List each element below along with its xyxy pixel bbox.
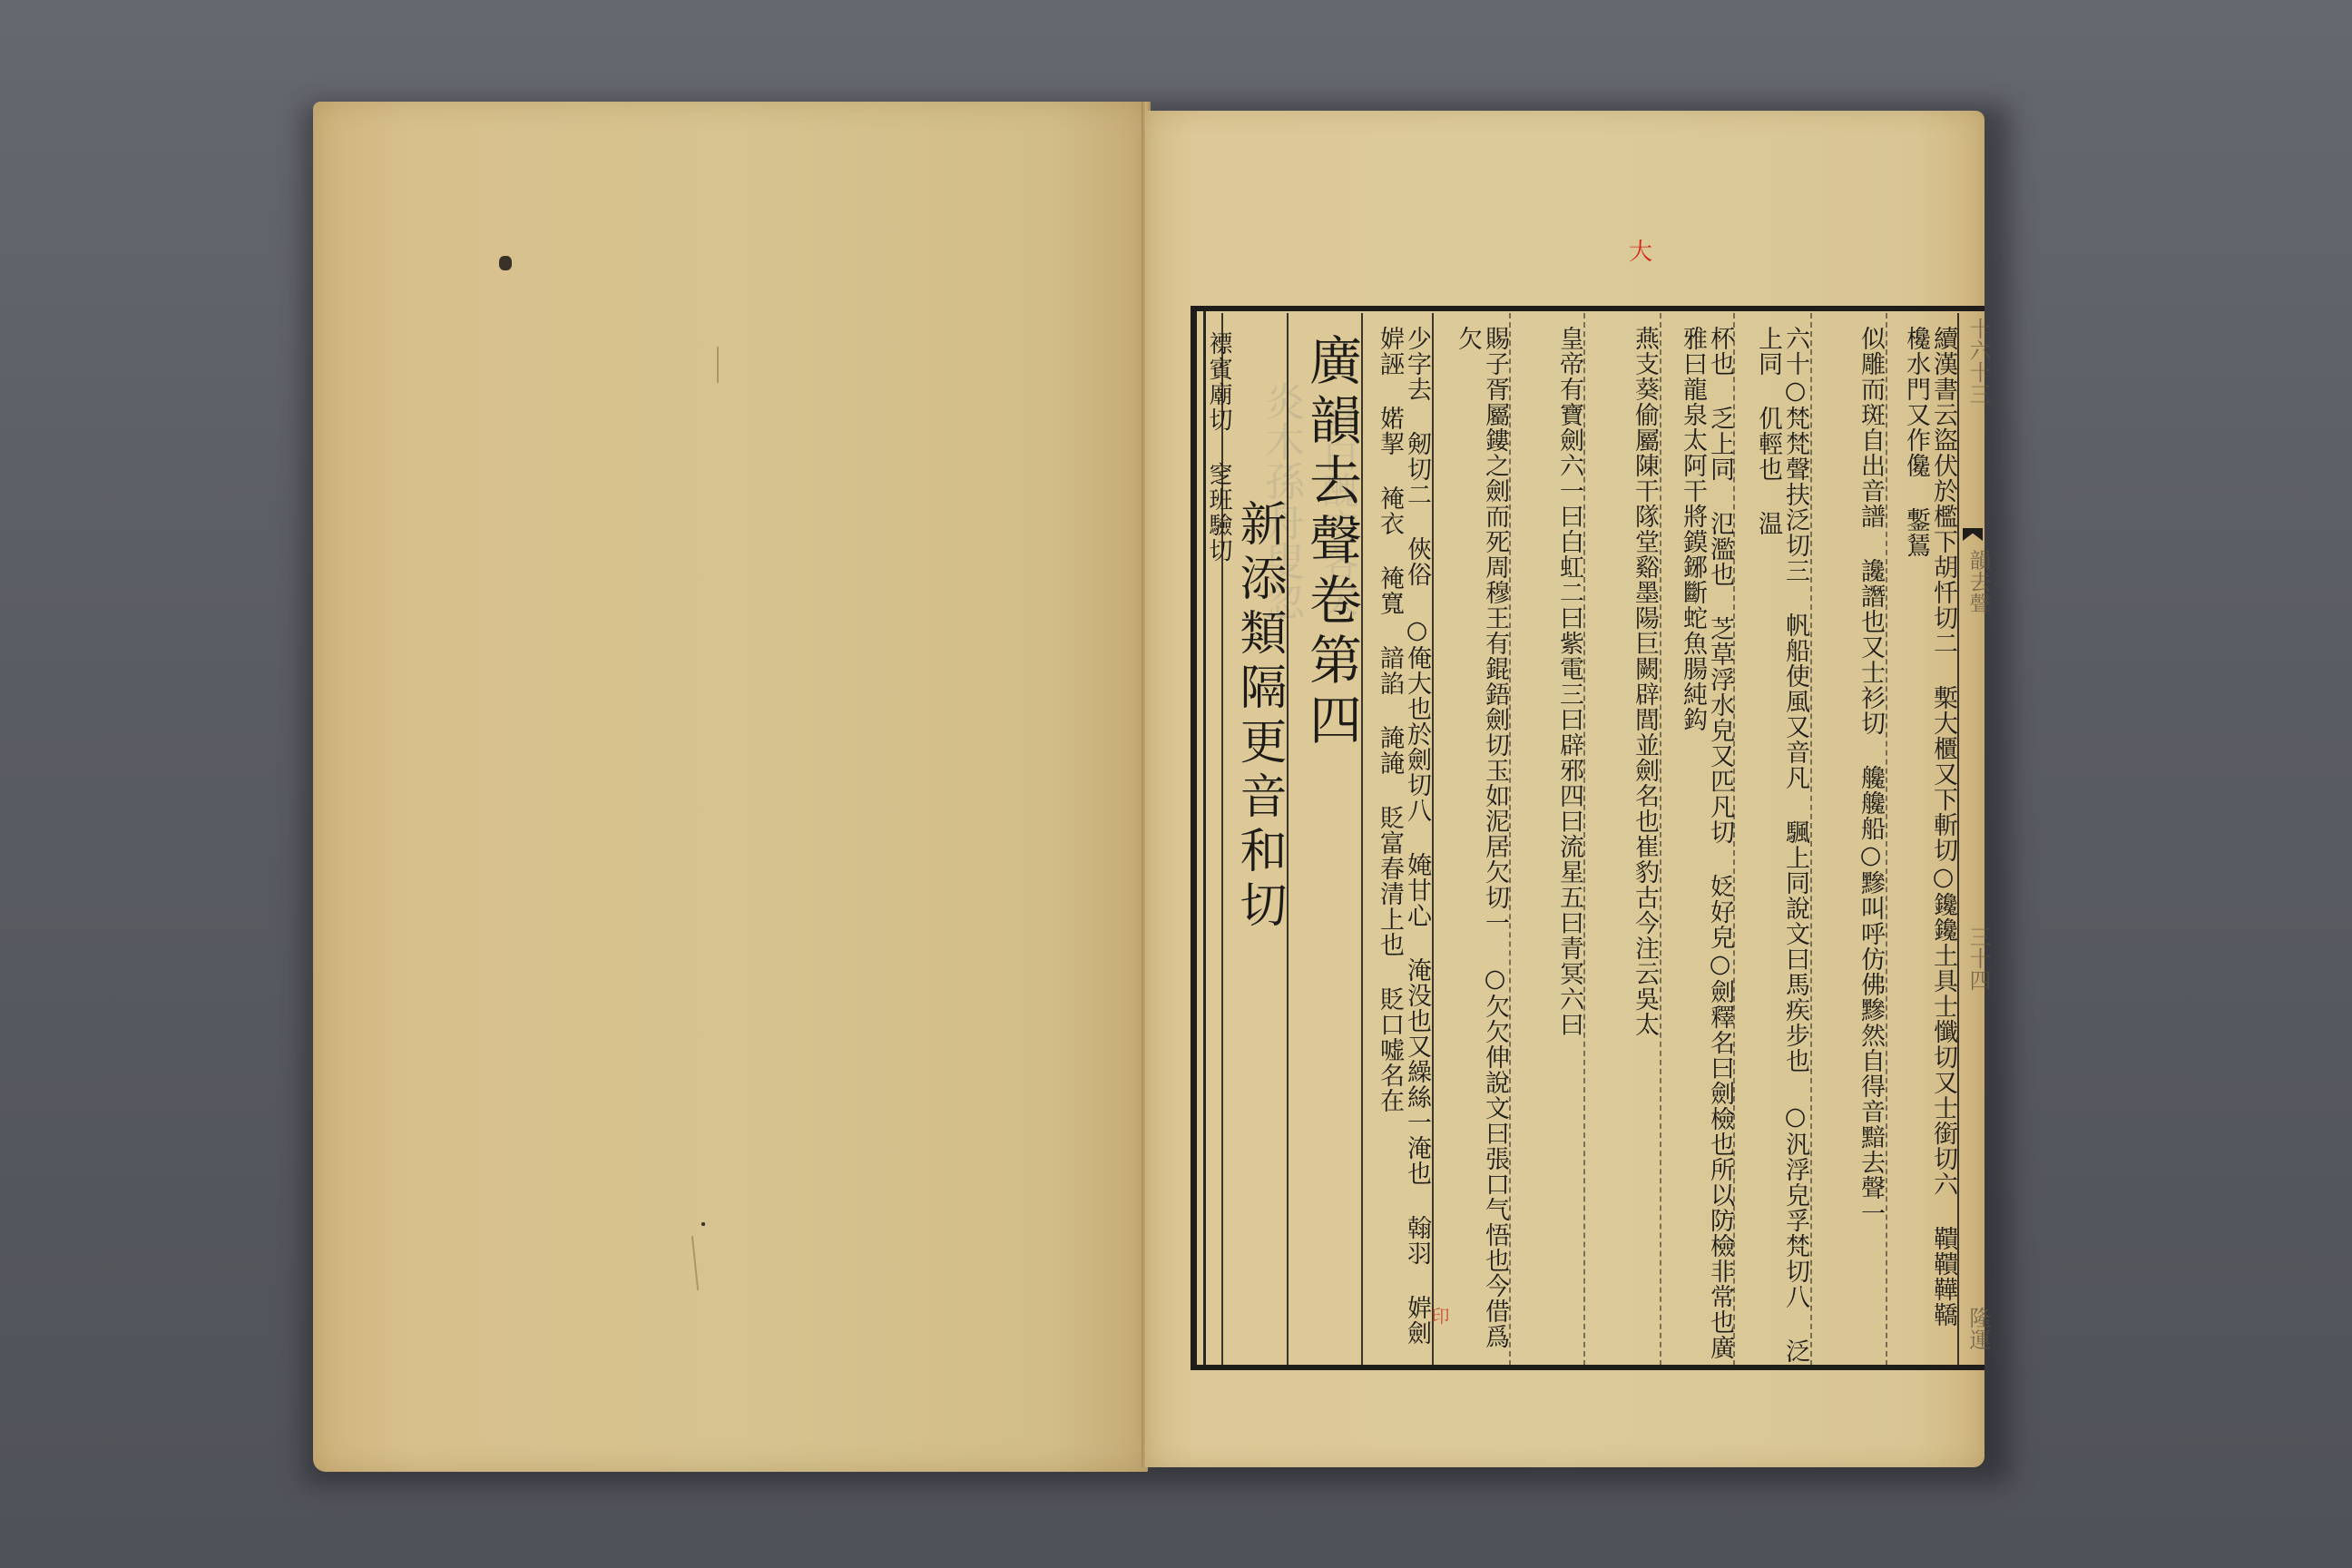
section-subtitle: 新添類隔更音和切 [1227, 313, 1285, 1366]
column-text: 續漢書云盜伏於檻下胡忏切二 槧大櫃又下斬切○鑱鑱土具士懺切又士銜切六 鞼鞼鞾鞽 … [1902, 326, 1957, 1328]
margin-page-number: 三十四 [1963, 926, 1994, 991]
volume-title: 廣韻去聲卷第四 [1290, 313, 1359, 1366]
column-text: 杯也 乏上同 氾濫也 芝草浮水皃又匹凡切 姂好皃○劍釋名曰劍檢也所以防檢非常也廣… [1679, 326, 1734, 1360]
column-text: 褾賓廟切 窆班驗切 [1205, 331, 1232, 563]
column-rule [1957, 313, 1959, 1366]
text-column-8: 賜子胥屬鏤之劍而死周穆王有錕鋙劍切玉如泥居欠切一 ○欠欠伸說文曰張口气悟也今借爲… [1436, 313, 1508, 1366]
column-text: 似雕而斑自出音譜 讒譖也又士衫切 艬艬船○黲叫呼仿佛黲然自得音黯去聲一 [1857, 326, 1885, 1226]
text-column-3: 六十○梵梵聲扶泛切三 帆船使風又音凡 颿上同說文曰馬疾步也 ○汎浮皃孚梵切八 泛… [1736, 313, 1808, 1366]
column-rule [1509, 313, 1511, 1366]
column-rule [1886, 313, 1887, 1366]
subtitle-text: 新添類隔更音和切 [1231, 499, 1286, 935]
title-text: 廣韻去聲卷第四 [1300, 333, 1362, 752]
red-seal-mark: 印 [1426, 1307, 1453, 1325]
text-column-6: 皇帝有寶劍六一曰白虹二曰紫電三曰辟邪四曰流星五曰青冥六曰 [1512, 313, 1583, 1366]
margin-section-text: 韻去聲 [1963, 549, 1994, 614]
ink-speck [701, 1222, 705, 1226]
left-page-blank [313, 102, 1148, 1472]
text-column-10: 褾賓廟切 窆班驗切 [1207, 313, 1230, 1366]
column-text: 皇帝有寶劍六一曰白虹二曰紫電三曰辟邪四曰流星五曰青冥六曰 [1555, 326, 1583, 1037]
column-rule [1583, 313, 1585, 1366]
column-text: 少字去 剱切二 俠俗 ○俺大也於劍切八 㛪甘心 淹没也又繰絲一淹也 翰羽 婩劍 … [1376, 326, 1431, 1346]
column-rule [1432, 313, 1434, 1366]
column-rule [1660, 313, 1661, 1366]
paper-scratch [691, 1236, 699, 1290]
ink-speck [499, 256, 512, 270]
text-column-9: 少字去 剱切二 俠俗 ○俺大也於劍切八 㛪甘心 淹没也又繰絲一淹也 翰羽 婩劍 … [1363, 313, 1430, 1366]
paper-scratch [717, 347, 719, 383]
text-column-5: 燕支葵偷屬陳干隊堂谿墨陽巨闕辟閭並劍名也崔豹古今注云吳太 [1587, 313, 1658, 1366]
text-column-2: 似雕而斑自出音譜 讒譖也又士衫切 艬艬船○黲叫呼仿佛黲然自得音黯去聲一 [1813, 313, 1884, 1366]
column-rule [1287, 313, 1289, 1366]
column-text: 賜子胥屬鏤之劍而死周穆王有錕鋙劍切玉如泥居欠切一 ○欠欠伸說文曰張口气悟也今借爲… [1454, 326, 1509, 1349]
margin-top-text: 十六十三 [1963, 318, 1994, 405]
margin-bottom-text: 隆運 [1963, 1307, 1994, 1350]
text-column-4: 杯也 乏上同 氾濫也 芝草浮水皃又匹凡切 姂好皃○劍釋名曰劍檢也所以防檢非常也廣… [1662, 313, 1733, 1366]
column-rule [1810, 313, 1812, 1366]
text-column-1: 續漢書云盜伏於檻下胡忏切二 槧大櫃又下斬切○鑱鑱土具士懺切又士銜切六 鞼鞼鞾鞽 … [1889, 313, 1956, 1366]
red-top-mark: 大 [1629, 240, 1652, 264]
column-text: 燕支葵偷屬陳干隊堂谿墨陽巨闕辟閭並劍名也崔豹古今注云吳太 [1631, 326, 1659, 1037]
column-text: 六十○梵梵聲扶泛切三 帆船使風又音凡 颿上同說文曰馬疾步也 ○汎浮皃孚梵切八 泛… [1754, 326, 1809, 1364]
